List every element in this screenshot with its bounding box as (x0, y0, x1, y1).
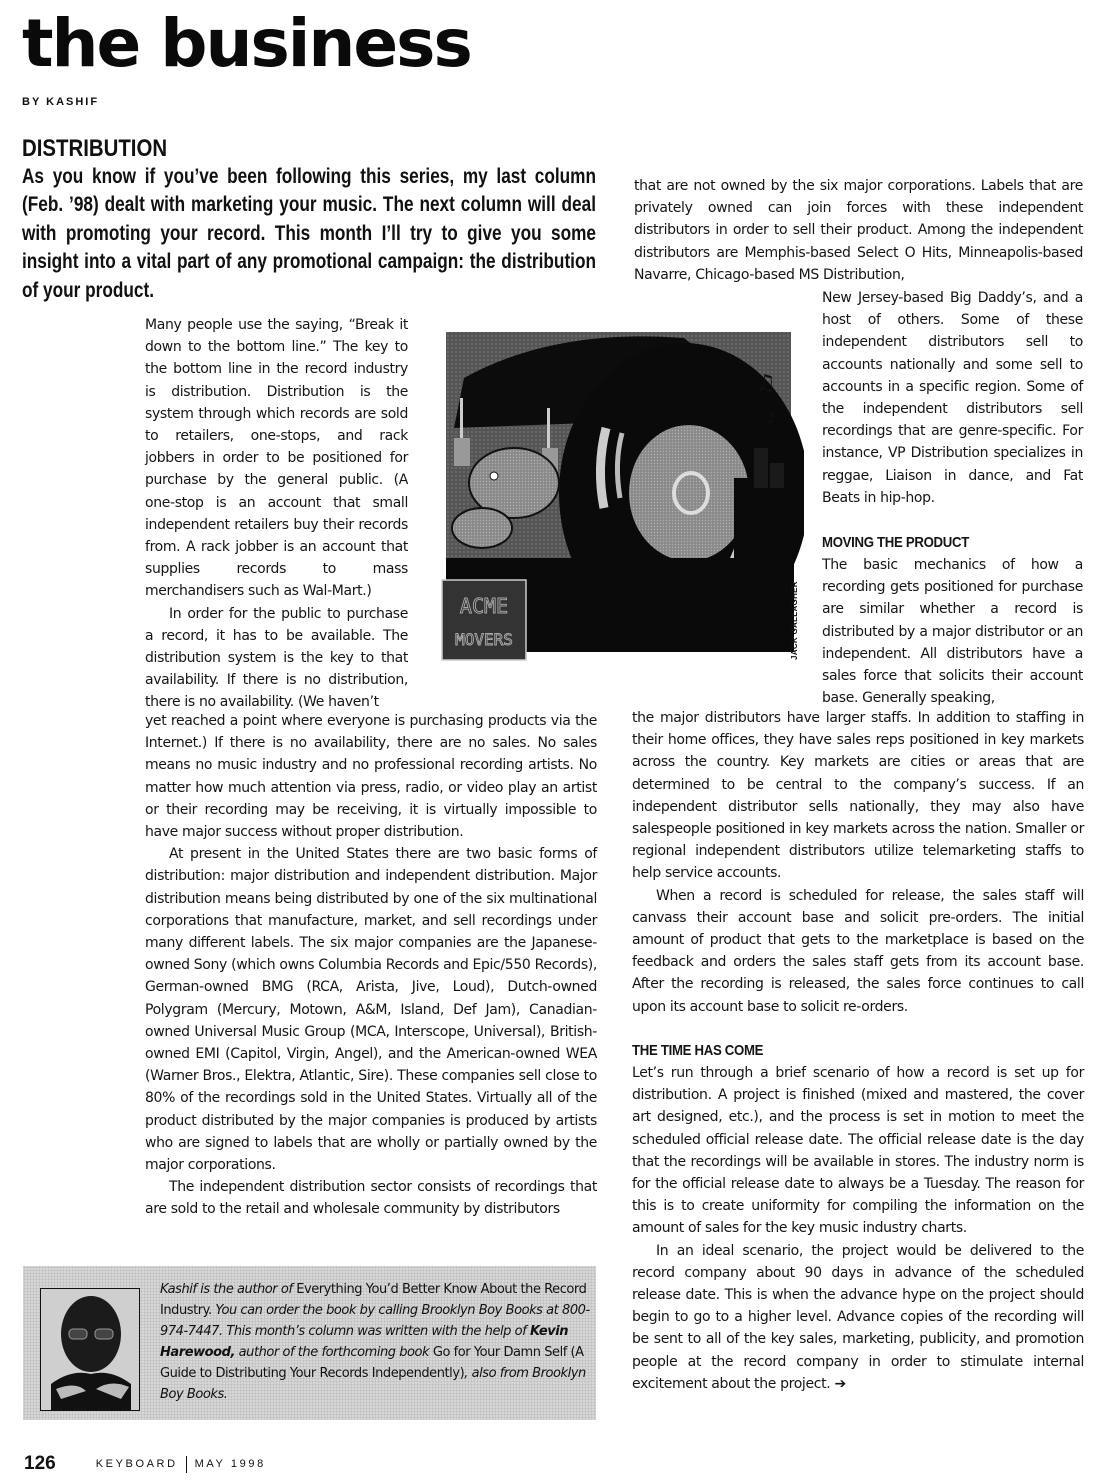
subhead-moving-the-product: MOVING THE PRODUCT (822, 532, 1052, 554)
left-column-bottom: yet reached a point where everyone is pu… (145, 710, 597, 1221)
paragraph: that are not owned by the six major corp… (634, 175, 1083, 286)
continue-arrow-icon: ➔ (834, 1376, 845, 1392)
section-title: DISTRIBUTION (22, 135, 167, 163)
paragraph: yet reached a point where everyone is pu… (145, 710, 597, 843)
deck: As you know if you’ve been following thi… (22, 163, 596, 305)
music-note-icon: ♪ (767, 411, 776, 427)
paragraph: New Jersey-based Big Daddy’s, and a host… (822, 287, 1083, 509)
vinyl-record-mover-illustration: ACME MOVERS ♫ ♪ (434, 318, 804, 673)
byline: BY KASHIF (22, 96, 99, 108)
author-photo (40, 1288, 140, 1411)
bio-text-part: author of the forthcoming book (235, 1345, 433, 1360)
subhead-the-time-has-come: THE TIME HAS COME (632, 1040, 1030, 1062)
paragraph-text: In an ideal scenario, the project would … (632, 1243, 1084, 1392)
illustration-credit: JACK GALLAGHER (790, 581, 799, 660)
bio-text-part: You can order the book by calling Brookl… (160, 1303, 590, 1339)
page-footer: 126 KEYBOARD MAY 1998 (24, 1453, 266, 1475)
acme-sign-line2: MOVERS (455, 630, 513, 649)
author-bio-box: Kashif is the author of Everything You’d… (23, 1266, 596, 1420)
author-portrait-icon (41, 1289, 140, 1411)
right-column-narrow: New Jersey-based Big Daddy’s, and a host… (822, 287, 1083, 509)
paragraph: The basic mechanics of how a recording g… (822, 554, 1083, 709)
issue-date: MAY 1998 (195, 1458, 266, 1470)
right-column-time-section: THE TIME HAS COME Let’s run through a br… (632, 1040, 1084, 1395)
left-column-top: Many people use the saying, “Break it do… (145, 314, 408, 714)
acme-sign-line1: ACME (460, 594, 508, 618)
music-note-icon: ♫ (756, 371, 776, 396)
bio-text-part: Kashif is the author of (160, 1282, 296, 1297)
paragraph: At present in the United States there ar… (145, 843, 597, 1176)
magazine-name: KEYBOARD (96, 1458, 178, 1470)
right-column-middle: the major distributors have larger staff… (632, 707, 1084, 1018)
author-bio-text: Kashif is the author of Everything You’d… (160, 1279, 590, 1405)
record-illustration: ACME MOVERS ♫ ♪ (434, 318, 804, 673)
paragraph: In order for the public to purchase a re… (145, 603, 408, 714)
paragraph: Let’s run through a brief scenario of ho… (632, 1062, 1084, 1240)
right-column-top: that are not owned by the six major corp… (634, 175, 1083, 286)
paragraph: Many people use the saying, “Break it do… (145, 314, 408, 603)
paragraph: In an ideal scenario, the project would … (632, 1240, 1084, 1395)
right-column-moving-section: MOVING THE PRODUCT The basic mechanics o… (822, 532, 1083, 709)
paragraph: the major distributors have larger staff… (632, 707, 1084, 885)
paragraph: When a record is scheduled for release, … (632, 885, 1084, 1018)
masthead: the business (22, 4, 471, 84)
page-number: 126 (24, 1453, 56, 1475)
footer-divider (186, 1456, 187, 1473)
paragraph: The independent distribution sector cons… (145, 1176, 597, 1220)
